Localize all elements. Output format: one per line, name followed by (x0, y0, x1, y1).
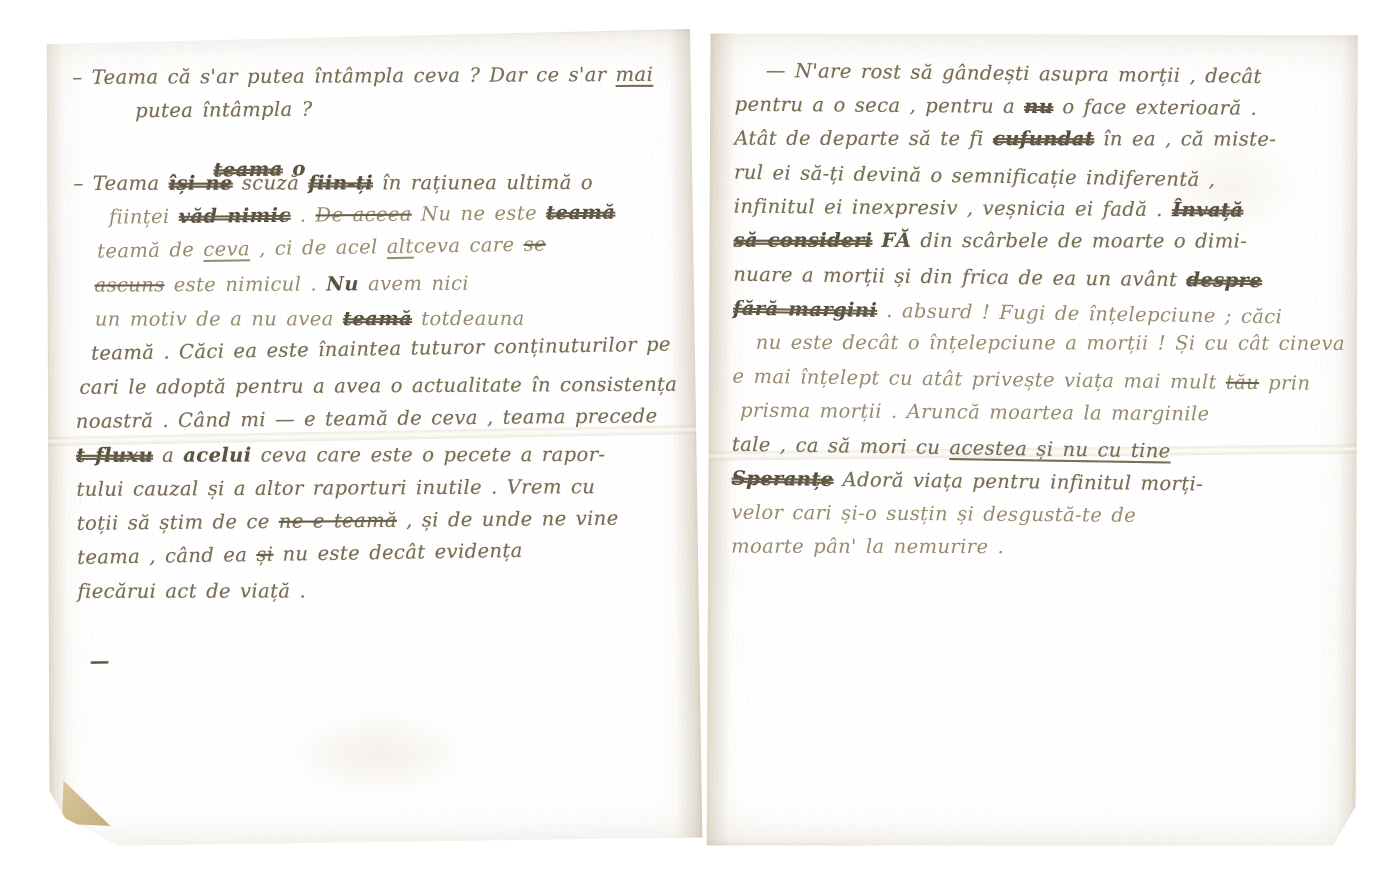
handwritten-text: , și de unde ne vine (397, 507, 619, 532)
handwritten-text: fiecărui act de viață . (77, 579, 306, 602)
manuscript-line: nu este decât o înțelepciune a morții ! … (756, 326, 1339, 361)
manuscript-right-page: — N'are rost să gândești asupra morții ,… (702, 29, 1361, 850)
manuscript-line: noastră . Când mi — e teamă de ceva , te… (76, 399, 681, 439)
handwritten-text: tului cauzal și a altor raporturi inutil… (76, 475, 595, 501)
handwritten-text: moarte pân' la nemurire . (731, 535, 1004, 558)
manuscript-spread: – Teama că s'ar putea întâmpla ceva ? Da… (46, 32, 1358, 848)
handwritten-text-block: — N'are rost să gândești asupra morții ,… (702, 29, 1361, 850)
handwritten-text: – Teama (74, 172, 169, 195)
handwritten-text: . absurd ! Fugi de înțelepciune ; căci (877, 299, 1282, 328)
struck-out-text: fiin-ți (308, 171, 373, 194)
struck-out-text: nu (1024, 95, 1053, 118)
struck-out-text: văd nimic (179, 204, 291, 228)
underlined-text: mai (616, 63, 654, 86)
handwritten-text: teamă . Căci ea este înaintea tuturor co… (91, 333, 671, 365)
underlined-text: ceva (204, 237, 251, 261)
handwritten-text-block: – Teama că s'ar putea întâmpla ceva ? Da… (42, 29, 702, 851)
struck-out-text: Speranțe (731, 467, 833, 491)
manuscript-line: — N'are rost să gândești asupra morții ,… (765, 54, 1341, 95)
handwritten-text: toții să știm de ce (77, 510, 279, 535)
manuscript-line: să consideri FĂ din scârbele de moarte o… (733, 224, 1340, 259)
handwritten-text: cari le adoptă pentru a avea o actualita… (79, 373, 677, 399)
struck-out-text: teamă (546, 201, 616, 225)
handwritten-text: putea întâmpla ? (135, 98, 313, 123)
struck-out-text: să consideri (733, 229, 872, 252)
handwritten-text: nu este decât evidența (273, 539, 523, 566)
handwritten-text: Nu (326, 272, 359, 295)
handwritten-text: tale , ca să mori cu (731, 433, 949, 459)
handwritten-text: Atât de departe să te fi (734, 127, 993, 150)
struck-out-text: De aceea (315, 203, 412, 227)
struck-out-text: despre (1186, 268, 1262, 292)
manuscript-line: moarte pân' la nemurire . (731, 530, 1338, 565)
handwritten-text: teamă de (97, 238, 203, 263)
struck-out-text: ascuns (94, 273, 164, 296)
handwritten-text: ceva care (414, 233, 524, 258)
handwritten-text: . (291, 204, 316, 227)
handwritten-text: noastră . Când mi — e teamă de ceva , te… (76, 404, 658, 433)
underlined-text: acestea și nu cu tine (949, 436, 1171, 462)
struck-out-text: t fluxu (76, 444, 153, 467)
handwritten-text: FĂ (881, 229, 911, 252)
handwritten-text: , ci de acel (250, 235, 387, 260)
handwritten-text: este nimicul . (164, 272, 326, 296)
struck-out-text: se (524, 233, 547, 256)
handwritten-text: Nu ne este (412, 201, 546, 225)
handwritten-text: scuză (233, 171, 309, 194)
handwritten-text: prisma morții . Aruncă moartea la margin… (739, 399, 1209, 426)
struck-out-text: teamă (342, 307, 411, 330)
handwritten-text: un motiv de a nu avea (94, 307, 342, 330)
handwritten-text: velor cari și-o susțin și desgustă-te de (731, 501, 1136, 527)
handwritten-text: din scârbele de moarte o dimi- (911, 229, 1247, 253)
handwritten-text: ființei (109, 205, 179, 229)
handwritten-text: în ea , că miste- (1094, 127, 1276, 150)
handwritten-text: prin (1259, 371, 1311, 395)
manuscript-line: — (90, 639, 683, 679)
struck-out-text: ne e teamă (279, 509, 397, 533)
struck-out-text: și (256, 543, 273, 566)
handwritten-text: Adoră viața pentru infinitul morți- (833, 468, 1203, 496)
handwritten-text: a (153, 444, 183, 467)
manuscript-line: putea întâmpla ? (135, 89, 677, 128)
manuscript-line: fiecărui act de viață . (77, 574, 682, 609)
manuscript-line: – Teama își ne scuză fiin-ți în rațiunea… (73, 166, 678, 201)
struck-out-text: tău (1225, 371, 1259, 394)
struck-out-text: fără margini (732, 297, 877, 322)
handwritten-text (872, 229, 881, 252)
handwritten-text: în rațiunea ultimă o (373, 171, 593, 194)
handwritten-text: teama , când ea (77, 543, 257, 569)
manuscript-line: – Teama că s'ar putea întâmpla ceva ? Da… (72, 58, 677, 95)
manuscript-left-page: – Teama că s'ar putea întâmpla ceva ? Da… (42, 29, 702, 851)
handwritten-text: avem nici (358, 272, 468, 296)
handwritten-text: – Teama că s'ar putea întâmpla ceva ? Da… (72, 63, 615, 89)
handwritten-text: nu este decât o înțelepciune a morții ! … (756, 331, 1345, 355)
handwritten-text: acelui (183, 444, 251, 467)
manuscript-line: Atât de departe să te fi cufundat în ea … (734, 122, 1341, 157)
struck-out-text: Învață (1171, 198, 1242, 222)
handwritten-text: o face exterioară . (1053, 95, 1257, 120)
struck-out-text: cufundat (992, 127, 1093, 150)
handwritten-text: pentru a o seca , pentru a (734, 93, 1024, 118)
manuscript-line: t fluxu a acelui ceva care este o pecete… (76, 438, 681, 473)
handwritten-text: nuare a morții și din frica de ea un avâ… (733, 263, 1186, 292)
manuscript-line: cari le adoptă pentru a avea o actualita… (79, 368, 680, 405)
handwritten-text: totdeauna (412, 307, 525, 330)
handwritten-text: e mai înțelept cu atât privește viața ma… (732, 365, 1226, 394)
manuscript-line: tului cauzal și a altor raporturi inutil… (76, 470, 681, 507)
struck-out-text: își ne (169, 172, 233, 195)
handwritten-text: — N'are rost să gândești asupra morții ,… (765, 59, 1261, 88)
handwritten-text: — (90, 650, 110, 673)
handwritten-text: ceva care este o pecete a rapor- (252, 443, 606, 467)
underlined-text: alt (387, 235, 414, 258)
manuscript-line: ascuns este nimicul . Nu avem nici (94, 266, 679, 303)
handwritten-text: infinitul ei inexpresiv , veșnicia ei fa… (733, 195, 1171, 221)
handwritten-text: rul ei să-ți devină o semnificație indif… (733, 161, 1215, 192)
